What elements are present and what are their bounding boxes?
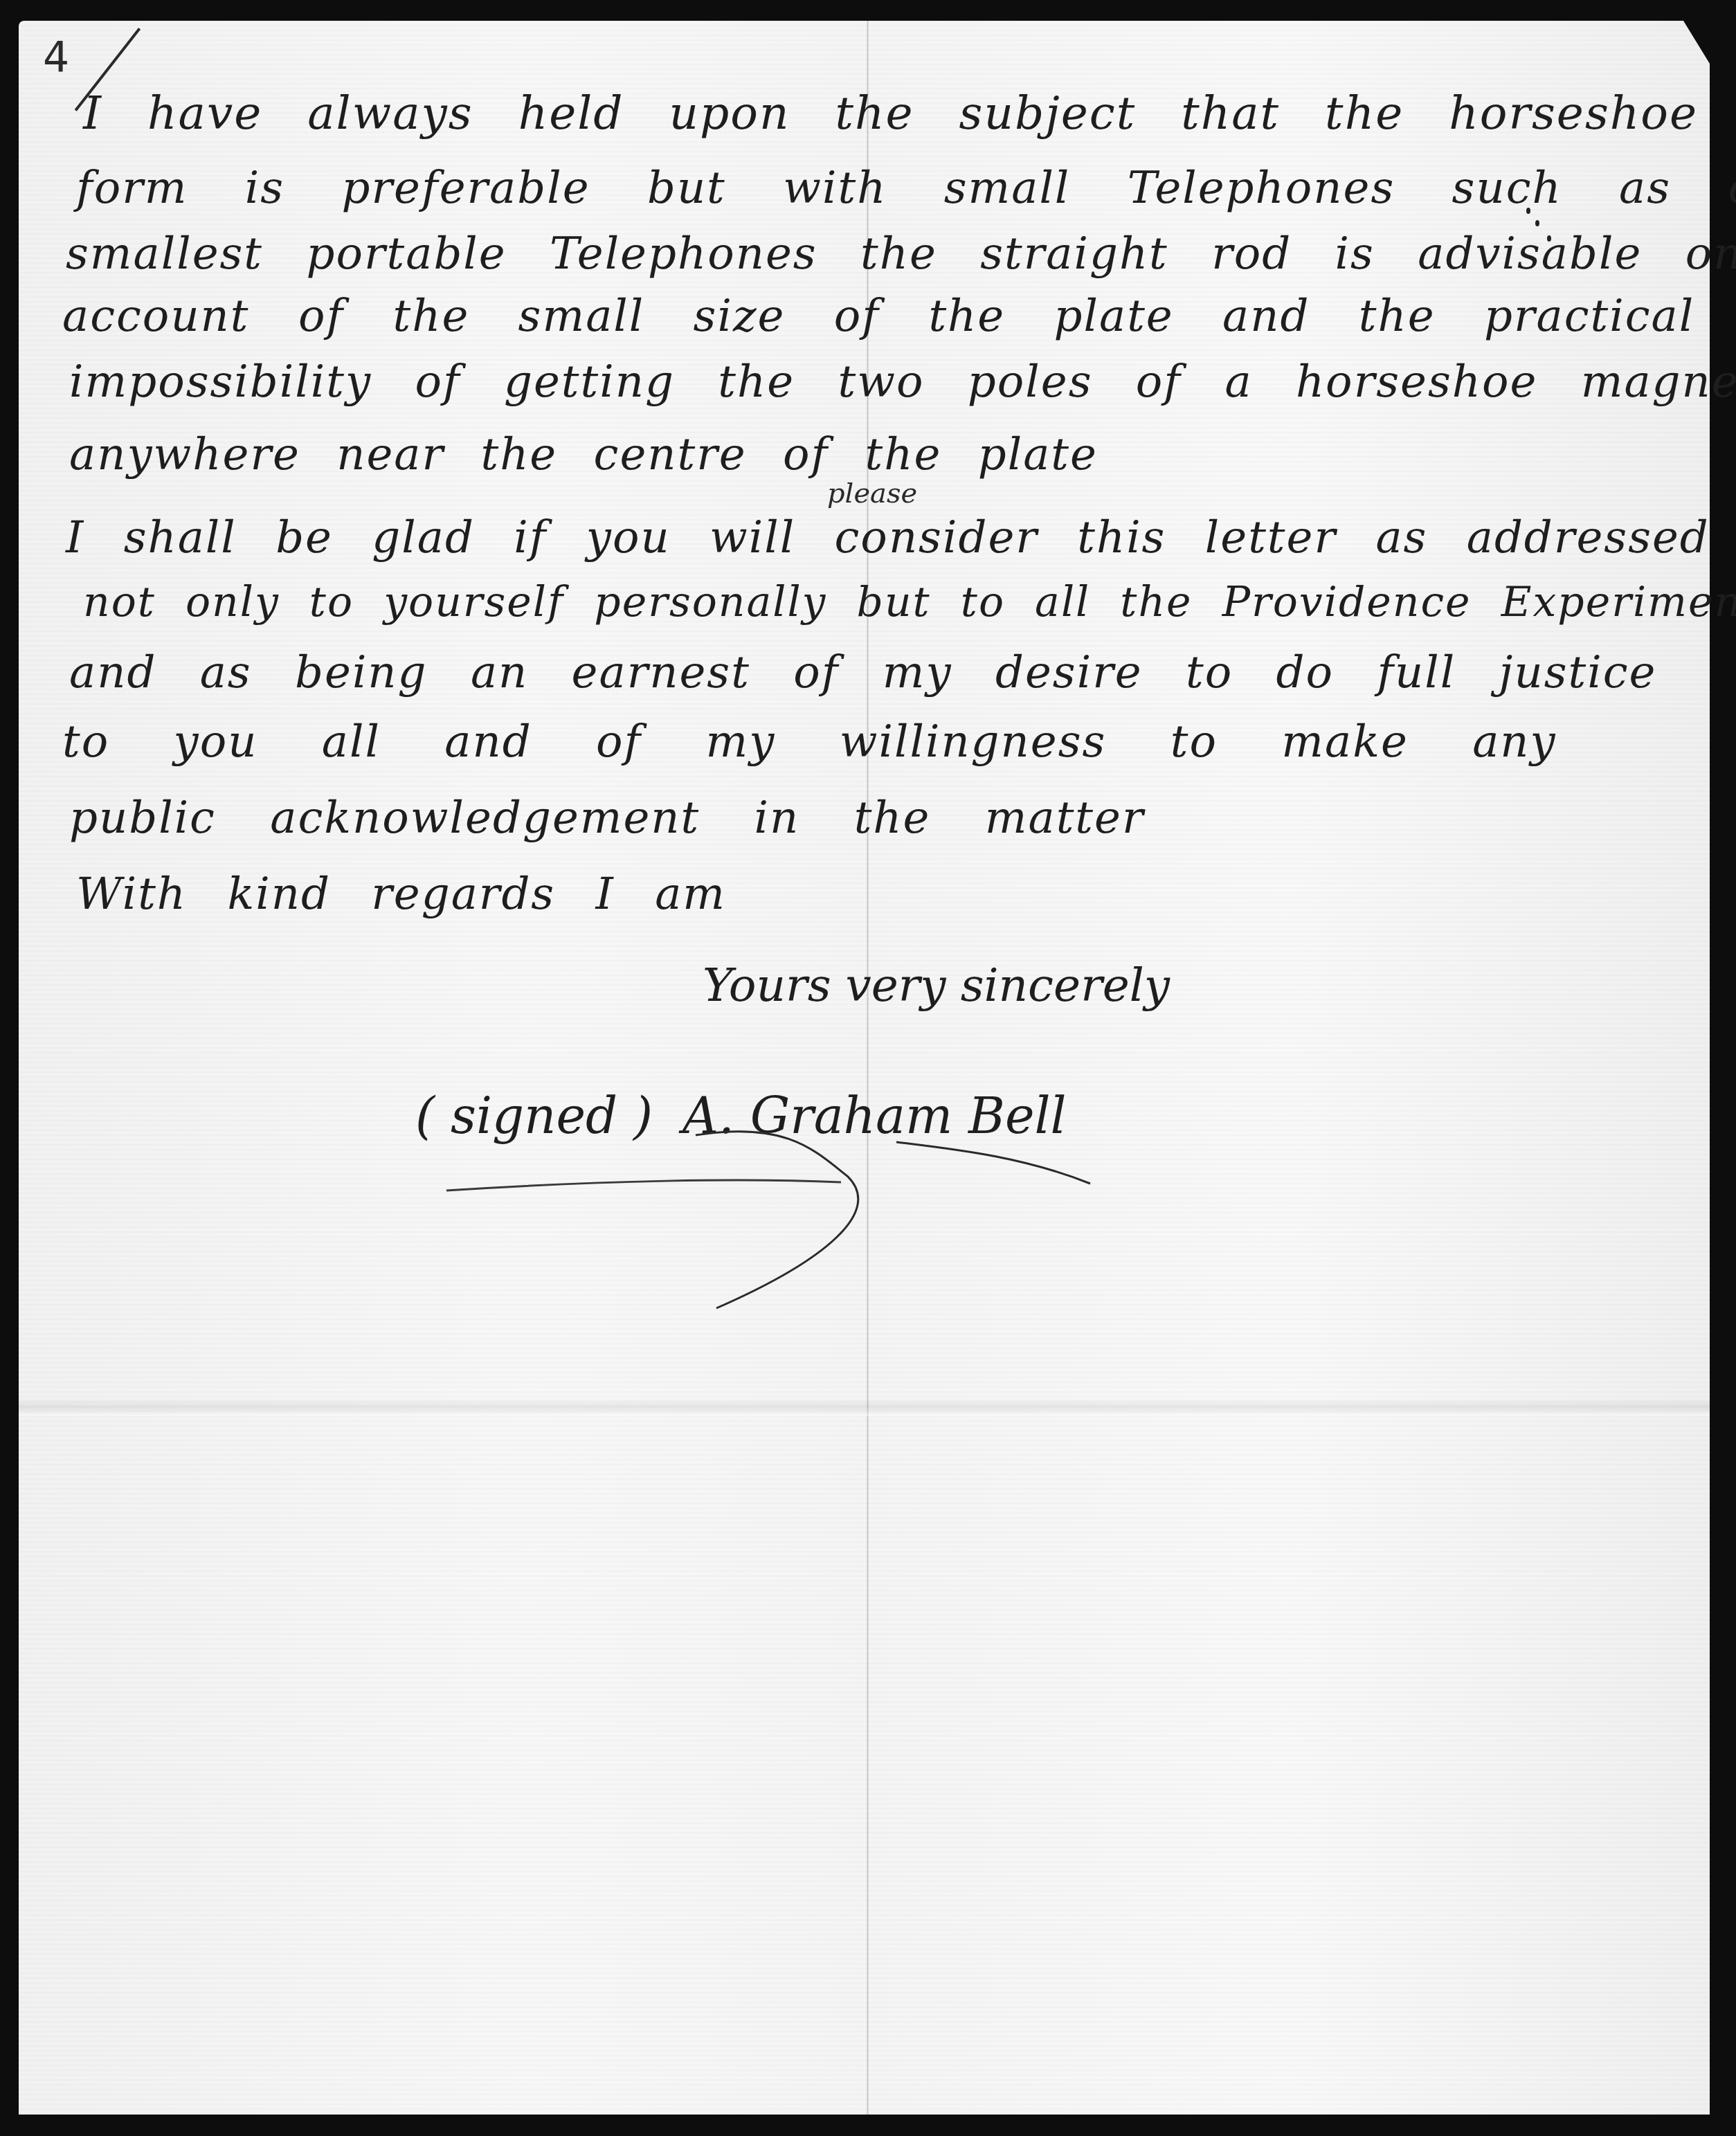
letter-line-8: not only to yourself personally but to a… xyxy=(83,578,1736,626)
letter-line-5: impossibility of getting the two poles o… xyxy=(69,356,1736,408)
letter-line-10: to you all and of my willingness to make… xyxy=(62,716,1557,768)
letter-line-9: and as being an earnest of my desire to … xyxy=(69,647,1656,698)
ink-spot xyxy=(1535,220,1539,226)
ink-spot xyxy=(1547,235,1551,242)
letter-line-4: account of the small size of the plate a… xyxy=(62,291,1694,342)
signature-flourish xyxy=(398,1094,1436,1315)
ink-spot xyxy=(1526,208,1530,214)
letter-line-3: smallest portable Telephones the straigh… xyxy=(66,228,1736,280)
complimentary-close: Yours very sincerely xyxy=(703,959,1170,1012)
letter-line-11: public acknowledgement in the matter xyxy=(69,793,1145,844)
horizontal-fold-crease xyxy=(19,1398,1710,1416)
letter-line-1: I have always held upon the subject that… xyxy=(83,87,1698,140)
letter-line-12: With kind regards I am xyxy=(76,869,726,920)
letter-line-6: anywhere near the centre of the plate xyxy=(69,429,1098,480)
letter-line-7: I shall be glad if you will consider thi… xyxy=(66,512,1710,563)
page-number: 4 xyxy=(43,33,69,82)
letter-line-2: form is preferable but with small Teleph… xyxy=(76,163,1736,214)
inserted-word-please: please xyxy=(827,478,917,509)
